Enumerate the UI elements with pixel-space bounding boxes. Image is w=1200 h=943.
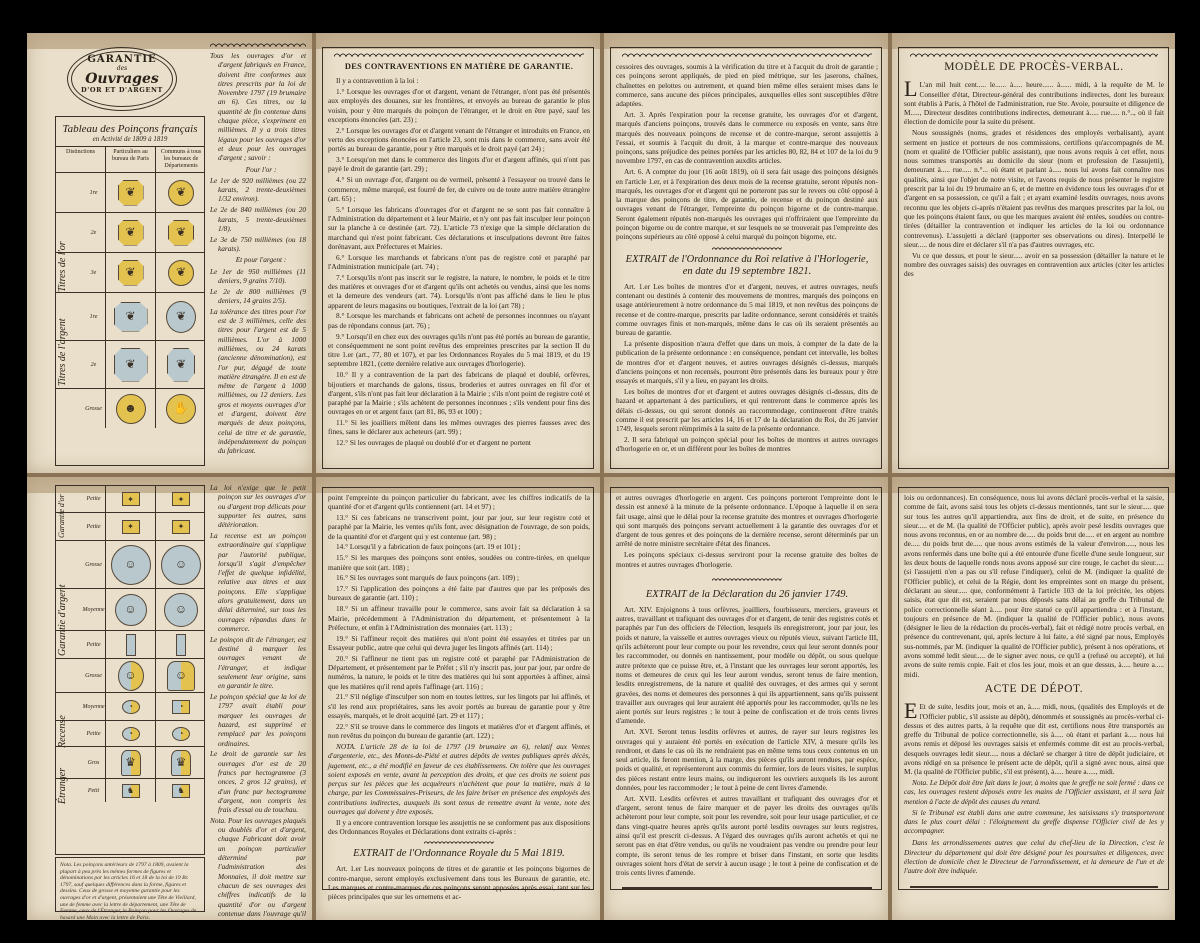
recense-mark-icon: ◔ xyxy=(172,727,190,741)
garantie-hallmark-icon: ✦ xyxy=(122,520,140,534)
group-gros: Grosse☻✋ xyxy=(56,388,204,428)
section-heading: DES CONTRAVENTIONS EN MATIÈRE DE GARANTI… xyxy=(328,62,590,71)
decorative-wave-rule xyxy=(910,51,1158,57)
decorative-dash xyxy=(424,840,494,844)
recense-notes: La loi n'exige que le petit poinçon sur … xyxy=(210,483,306,920)
decorative-dash xyxy=(712,246,782,250)
ordonnance-text: cessoires des ouvrages, soumis à la véri… xyxy=(616,51,878,455)
recense-head-icon: ☺ xyxy=(118,661,144,691)
etranger-hallmark-icon: ♞ xyxy=(172,784,190,798)
recense-mark-icon: ◔ xyxy=(172,700,190,714)
table-subtitle: en Activité de 1809 à 1819 xyxy=(56,135,204,143)
rooster-hallmark-icon: ❦ xyxy=(167,348,195,382)
rooster-hallmark-icon: ❦ xyxy=(114,302,148,332)
decorative-dash xyxy=(712,577,782,581)
rooster-hallmark-icon: ❦ xyxy=(114,348,148,382)
panel-contraventions: DES CONTRAVENTIONS EN MATIÈRE DE GARANTI… xyxy=(316,33,600,473)
closing-rule xyxy=(910,886,1158,888)
panel-declaration-1749: et autres ouvrages d'horlogerie en argen… xyxy=(604,477,888,920)
rooster-hallmark-icon: ❦ xyxy=(168,180,194,206)
table-header: Distinctions Particuliers au bureau de P… xyxy=(56,146,204,172)
nota-text: NOTA. L'article 28 de la loi de 1797 (19… xyxy=(328,742,590,816)
table-title: Tableau des Poinçons français xyxy=(56,117,204,135)
title-cartouche: GARANTIE des Ouvrages D'OR ET D'ARGENT xyxy=(67,47,177,111)
contraventions-text: DES CONTRAVENTIONS EN MATIÈRE DE GARANTI… xyxy=(328,51,590,449)
recense-head-icon: ☺ xyxy=(167,661,195,691)
section-heading: MODÈLE DE PROCÈS-VERBAL. xyxy=(904,63,1164,72)
head-hallmark-icon: ☺ xyxy=(161,545,201,585)
panel-proces-verbal: MODÈLE DE PROCÈS-VERBAL. LL'an mil huit … xyxy=(892,33,1175,473)
drop-cap: L xyxy=(904,80,917,98)
hand-hallmark-icon: ✋ xyxy=(166,394,196,424)
closing-rule xyxy=(622,887,872,889)
declaration-text: et autres ouvrages d'horlogerie en argen… xyxy=(616,493,878,889)
group-titres-or: Titres de l'or 1re❦❦ 2e❦❦ 3e❦❦ xyxy=(56,172,204,292)
garantie-hallmark-icon: ✦ xyxy=(172,520,190,534)
titles-notes: Tous les ouvrages d'or et d'argent fabri… xyxy=(210,41,306,457)
rooster-hallmark-icon: ❦ xyxy=(118,180,144,206)
decorative-wave-rule xyxy=(622,51,872,57)
folded-document-sheet: GARANTIE des Ouvrages D'OR ET D'ARGENT T… xyxy=(27,33,1175,920)
decorative-wave-rule xyxy=(334,51,584,57)
group-titres-argent: Titres de l'argent 1re❦❦ 2e❦❦ xyxy=(56,292,204,388)
extrait-heading: EXTRAIT de l'Ordonnance Royale du 5 Mai … xyxy=(328,848,590,860)
head-hallmark-icon: ☻ xyxy=(116,394,146,424)
garantie-hallmark-icon: ✦ xyxy=(122,492,140,506)
panel-ordonnance-horlogerie: cessoires des ouvrages, soumis à la véri… xyxy=(604,33,888,473)
panel-contraventions-cont: point l'empreinte du poinçon particulier… xyxy=(316,477,600,920)
crown-hallmark-icon: ♛ xyxy=(171,750,191,776)
garantie-hallmark-icon: ✦ xyxy=(172,492,190,506)
rooster-hallmark-icon: ❦ xyxy=(168,260,194,286)
drop-cap: E xyxy=(904,702,917,720)
contraventions-cont-text: point l'empreinte du poinçon particulier… xyxy=(328,493,590,903)
head-hallmark-icon: ☺ xyxy=(164,593,198,627)
decorative-wave-rule xyxy=(210,41,306,47)
hallmark-table-top: Tableau des Poinçons français en Activit… xyxy=(55,116,205,466)
recense-ear-icon: ◔ xyxy=(122,700,140,714)
etranger-hallmark-icon: ♞ xyxy=(122,784,140,798)
hallmark-table-bottom: Garantie d'or Petite✦✦ Petite✦✦ Garantie… xyxy=(55,485,205,855)
panel-acte-depot: lois ou ordonnances). En conséquence, no… xyxy=(892,477,1175,920)
head-hallmark-icon: ☺ xyxy=(111,545,151,585)
manuscript-note: Nota. Les poinçons antérieurs de 1797 à … xyxy=(55,857,205,912)
panel-table-recense: Garantie d'or Petite✦✦ Petite✦✦ Garantie… xyxy=(27,477,312,920)
acte-depot-text: lois ou ordonnances). En conséquence, no… xyxy=(904,493,1164,888)
head-hallmark-icon: ☺ xyxy=(115,594,147,626)
rooster-hallmark-icon: ❦ xyxy=(118,260,144,286)
crown-hallmark-icon: ♛ xyxy=(121,750,141,776)
proces-verbal-text: MODÈLE DE PROCÈS-VERBAL. LL'an mil huit … xyxy=(904,51,1164,280)
extrait-heading: EXTRAIT de la Déclaration du 26 janvier … xyxy=(616,589,878,601)
rooster-hallmark-icon: ❦ xyxy=(168,220,194,246)
recense-mark-icon: ◔ xyxy=(122,727,140,741)
rooster-hallmark-icon: ❦ xyxy=(166,301,196,333)
panel-title-table: GARANTIE des Ouvrages D'OR ET D'ARGENT T… xyxy=(27,33,312,473)
small-hallmark-icon xyxy=(126,634,136,656)
small-hallmark-icon xyxy=(176,634,186,656)
extrait-heading: EXTRAIT de l'Ordonnance du Roi relative … xyxy=(616,254,878,278)
rooster-hallmark-icon: ❦ xyxy=(118,220,144,246)
section-heading: ACTE DE DÉPOT. xyxy=(904,685,1164,694)
